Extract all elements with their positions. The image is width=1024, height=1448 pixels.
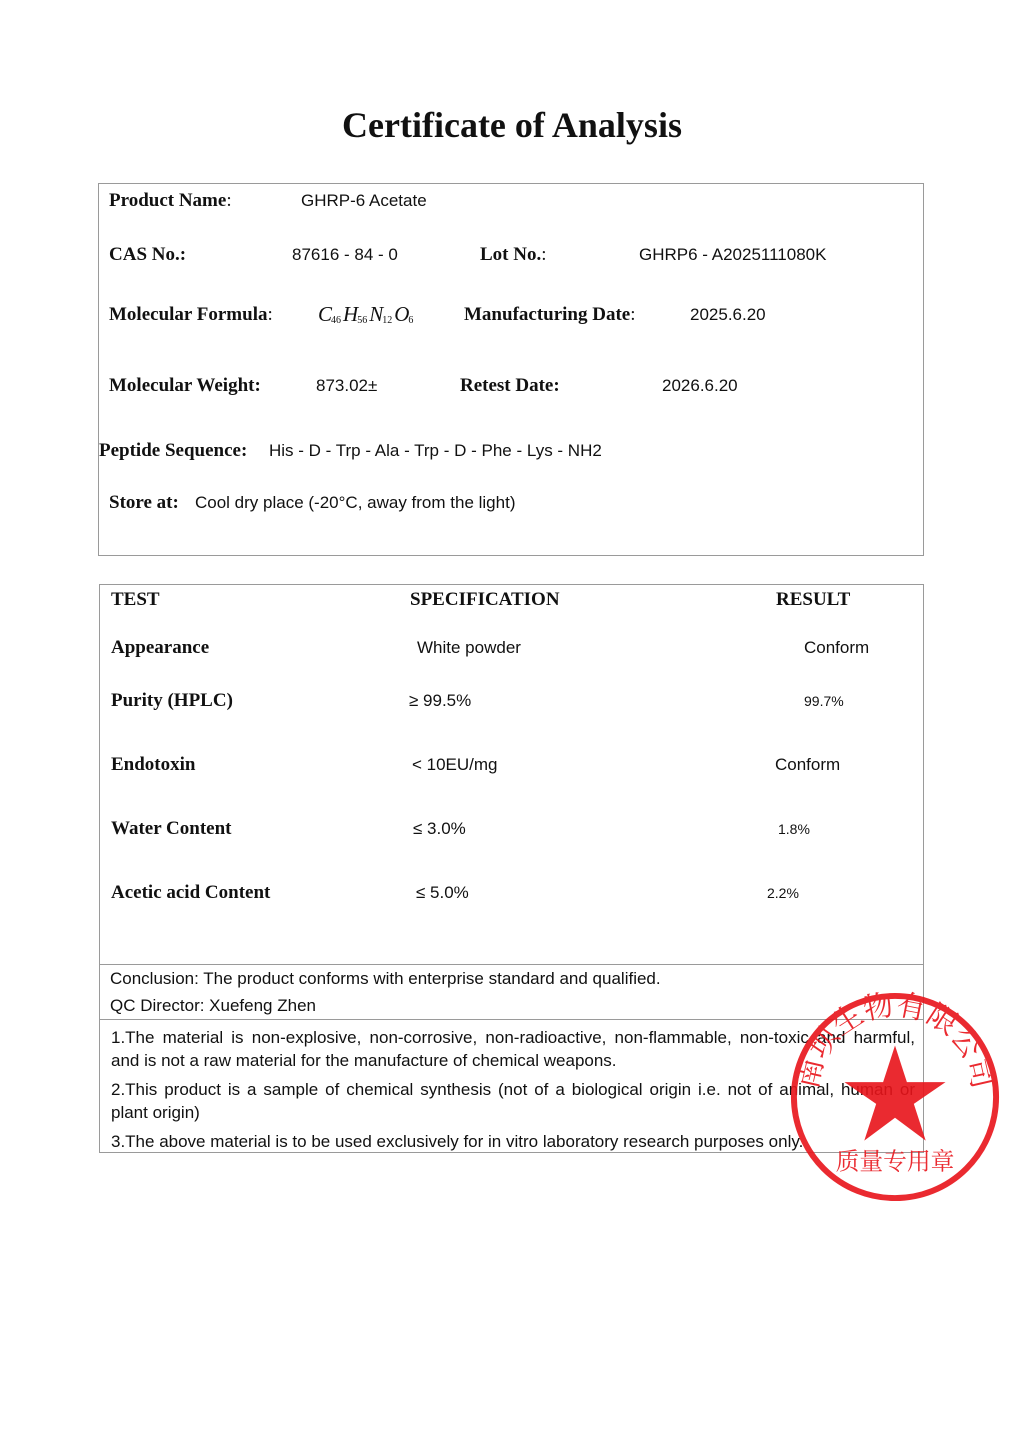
manufacturing-date-label: Manufacturing Date: xyxy=(464,304,636,326)
cas-no-label: CAS No.: xyxy=(109,244,186,266)
cas-no-value: 87616 - 84 - 0 xyxy=(292,245,398,265)
note-item: 2.This product is a sample of chemical s… xyxy=(111,1078,915,1124)
test-name: Purity (HPLC) xyxy=(111,690,233,712)
retest-date-label: Retest Date: xyxy=(460,375,560,397)
conclusion-text: Conclusion: The product conforms with en… xyxy=(110,969,661,989)
test-result: Conform xyxy=(804,638,869,658)
test-specification: ≤ 3.0% xyxy=(413,819,466,839)
test-name: Water Content xyxy=(111,818,232,840)
formula-count: 6 xyxy=(408,315,413,326)
manufacturing-date-value: 2025.6.20 xyxy=(690,305,766,325)
store-at-label: Store at: xyxy=(109,492,179,514)
test-name: Endotoxin xyxy=(111,754,195,776)
product-info-box: Product Name: GHRP-6 Acetate CAS No.: 87… xyxy=(98,183,924,556)
lot-no-label: Lot No.: xyxy=(480,244,547,266)
formula-element: O xyxy=(394,302,408,326)
qc-director: QC Director: Xuefeng Zhen xyxy=(110,996,316,1016)
divider xyxy=(100,964,923,965)
test-results-table: TEST SPECIFICATION RESULT Appearance Whi… xyxy=(99,584,924,1153)
store-at-value: Cool dry place (-20°C, away from the lig… xyxy=(195,493,515,513)
test-specification: White powder xyxy=(417,638,521,658)
lot-no-value: GHRP6 - A2025111080K xyxy=(639,245,826,265)
formula-element: N xyxy=(369,302,382,326)
formula-element: C xyxy=(318,302,331,326)
product-name-label: Product Name: xyxy=(109,190,232,212)
note-item: 1.The material is non-explosive, non-cor… xyxy=(111,1026,915,1072)
molecular-weight-value: 873.02± xyxy=(316,376,377,396)
formula-count: 56 xyxy=(357,315,367,326)
retest-date-value: 2026.6.20 xyxy=(662,376,738,396)
test-name: Acetic acid Content xyxy=(111,882,270,904)
header-test: TEST xyxy=(111,589,160,611)
divider xyxy=(100,1019,923,1020)
peptide-sequence-value: His - D - Trp - Ala - Trp - D - Phe - Ly… xyxy=(269,441,602,461)
molecular-formula-label: Molecular Formula: xyxy=(109,304,273,326)
molecular-weight-label: Molecular Weight: xyxy=(109,375,261,397)
test-specification: ≥ 99.5% xyxy=(409,691,471,711)
page-title: Certificate of Analysis xyxy=(0,104,1024,146)
test-specification: ≤ 5.0% xyxy=(416,883,469,903)
formula-element: H xyxy=(343,302,357,326)
peptide-sequence-label: Peptide Sequence: xyxy=(99,440,247,462)
test-result: 1.8% xyxy=(778,821,810,837)
test-result: Conform xyxy=(775,755,840,775)
note-item: 3.The above material is to be used exclu… xyxy=(111,1130,915,1153)
formula-count: 12 xyxy=(382,315,392,326)
test-specification: < 10EU/mg xyxy=(412,755,498,775)
test-name: Appearance xyxy=(111,637,209,659)
molecular-formula-value: C46H56N12O6 xyxy=(318,302,415,327)
test-result: 99.7% xyxy=(804,693,844,709)
header-specification: SPECIFICATION xyxy=(410,589,560,611)
test-result: 2.2% xyxy=(767,885,799,901)
product-name-value: GHRP-6 Acetate xyxy=(301,191,427,211)
formula-count: 46 xyxy=(331,315,341,326)
header-result: RESULT xyxy=(776,589,850,611)
